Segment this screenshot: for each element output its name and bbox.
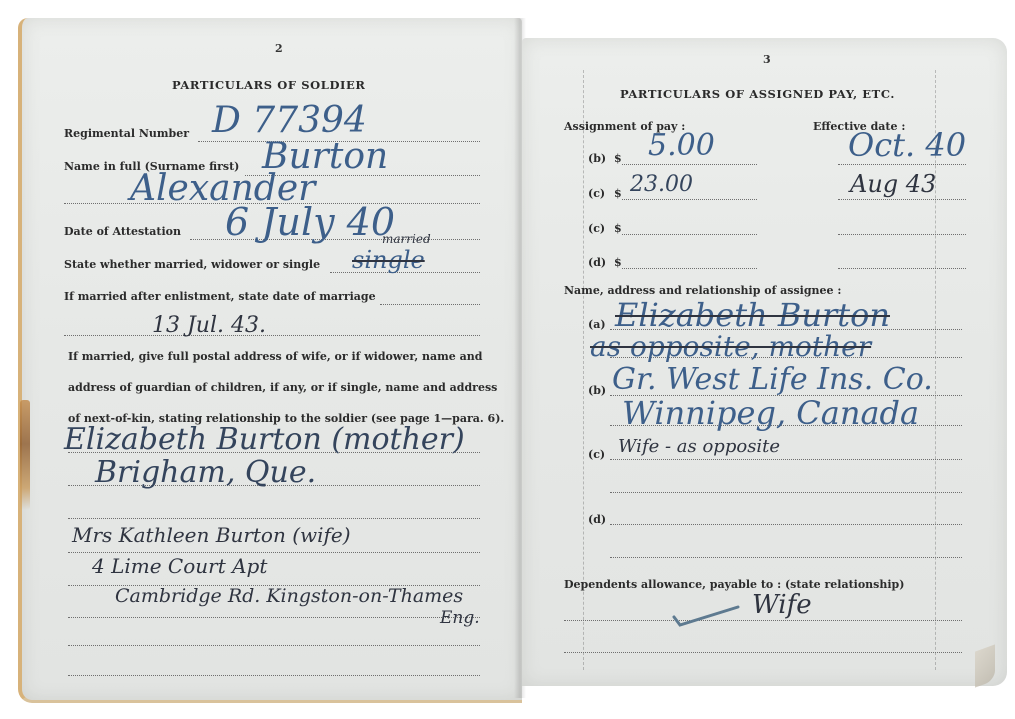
next-of-kin-entry-5: Cambridge Rd. Kingston-on-Thames xyxy=(115,585,463,607)
dependents-line-2 xyxy=(564,652,962,653)
next-of-kin-line-8 xyxy=(68,675,480,676)
marital-status-correction: married xyxy=(382,232,431,246)
assignee-line-1: Gr. West Life Ins. Co. xyxy=(612,362,933,397)
assignee-line xyxy=(610,557,962,558)
assignee-letter: (c) xyxy=(588,448,605,461)
assignee-letter: (b) xyxy=(588,384,606,397)
effective-date-line xyxy=(838,268,966,269)
regimental-number-value: D 77394 xyxy=(212,100,367,141)
checkmark-icon xyxy=(672,603,742,627)
next-of-kin-entry-1: Elizabeth Burton (mother) xyxy=(64,422,465,457)
amount-line xyxy=(622,199,757,200)
effective-date-line xyxy=(838,234,966,235)
assignee-line xyxy=(610,492,962,493)
left-page-heading: PARTICULARS OF SOLDIER xyxy=(172,78,366,92)
assignment-letter: (c) xyxy=(588,187,605,200)
assignee-line-2: Winnipeg, Canada xyxy=(622,394,919,432)
marriage-date-line xyxy=(380,304,480,305)
right-page-heading: PARTICULARS OF ASSIGNED PAY, ETC. xyxy=(620,87,895,101)
attestation-value: 6 July 40 xyxy=(225,200,395,244)
next-of-kin-entry-3: Mrs Kathleen Burton (wife) xyxy=(72,523,351,547)
next-of-kin-label-2: address of guardian of children, if any,… xyxy=(68,381,497,394)
currency-sign: $ xyxy=(614,187,622,200)
assignee-line xyxy=(610,459,962,460)
binding-stain xyxy=(20,400,30,510)
dependents-label: Dependents allowance, payable to : (stat… xyxy=(564,578,904,591)
dependents-value: Wife xyxy=(752,590,812,620)
assignment-letter: (b) xyxy=(588,152,606,165)
assignee-line xyxy=(610,524,962,525)
next-of-kin-entry-2: Brigham, Que. xyxy=(95,455,316,490)
marriage-date-label: If married after enlistment, state date … xyxy=(64,290,376,303)
next-of-kin-line-7 xyxy=(68,645,480,646)
assignment-letter: (d) xyxy=(588,256,606,269)
marital-status-struck: single xyxy=(352,246,425,274)
effective-date-value: Oct. 40 xyxy=(848,126,966,164)
marriage-date-value: 13 Jul. 43. xyxy=(152,313,266,338)
currency-sign: $ xyxy=(614,152,622,165)
next-of-kin-line-3 xyxy=(68,518,480,519)
right-page-number: 3 xyxy=(763,53,771,66)
next-of-kin-label-1: If married, give full postal address of … xyxy=(68,350,482,363)
currency-sign: $ xyxy=(614,256,622,269)
assignment-letter: (c) xyxy=(588,222,605,235)
assignee-struck-line-1: Elizabeth Burton xyxy=(615,296,890,334)
next-of-kin-entry-4: 4 Lime Court Apt xyxy=(92,554,267,578)
amount-line xyxy=(622,164,757,165)
effective-date-value: Aug 43 xyxy=(850,170,936,198)
assignment-amount: 23.00 xyxy=(630,172,693,197)
dependents-line xyxy=(564,620,962,621)
next-of-kin-line-6 xyxy=(68,617,480,618)
marital-status-label: State whether married, widower or single xyxy=(64,258,320,271)
attestation-label: Date of Attestation xyxy=(64,225,181,238)
assignee-struck-line-2: as opposite, mother xyxy=(590,330,871,363)
assignee-line-1: Wife - as opposite xyxy=(618,436,780,457)
left-page-number: 2 xyxy=(275,42,283,55)
amount-line xyxy=(622,234,757,235)
marriage-date-line-2 xyxy=(64,335,480,336)
currency-sign: $ xyxy=(614,222,622,235)
amount-line xyxy=(622,268,757,269)
next-of-kin-line-4 xyxy=(68,552,480,553)
next-of-kin-entry-6: Eng. xyxy=(440,608,480,628)
effective-date-line xyxy=(838,164,966,165)
regimental-number-label: Regimental Number xyxy=(64,127,189,140)
assignee-letter: (d) xyxy=(588,513,606,526)
pay-book-spread: 2 PARTICULARS OF SOLDIER Regimental Numb… xyxy=(0,0,1015,719)
assignment-amount: 5.00 xyxy=(648,128,715,163)
effective-date-line xyxy=(838,199,966,200)
